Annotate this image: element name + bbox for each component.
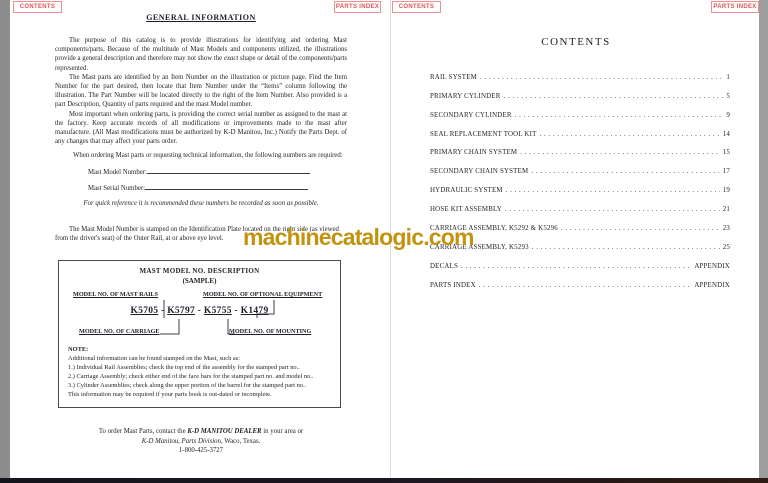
- toc-entry-label: SECONDARY CYLINDER: [430, 112, 512, 119]
- toc-entry-seal-replacement-tool-kit[interactable]: SEAL REPLACEMENT TOOL KIT14: [430, 119, 730, 138]
- toc-entry-page: 1: [726, 74, 730, 81]
- toc-dot-leader: [461, 263, 691, 270]
- toc-dot-leader: [479, 282, 692, 289]
- toc-entry-label: PRIMARY CHAIN SYSTEM: [430, 149, 517, 156]
- toc-entry-page: APPENDIX: [694, 282, 730, 289]
- paragraph-when-ordering: When ordering Mast parts or requesting t…: [73, 152, 343, 159]
- label-optional-equipment: MODEL NO. OF OPTIONAL EQUIPMENT: [203, 291, 322, 298]
- model-number-carriage: K5797: [167, 306, 195, 316]
- toc-dot-leader: [561, 225, 720, 232]
- toc-entry-label: PARTS INDEX: [430, 282, 476, 289]
- watermark-text: machinecatalogic.com: [243, 224, 474, 251]
- note-line: 2.) Carriage Assembly; check either end …: [68, 372, 336, 381]
- mast-serial-number-field: Mast Serial Number:: [88, 183, 308, 192]
- toc-dot-leader: [515, 112, 724, 119]
- mast-serial-number-blank-line: [145, 183, 308, 190]
- footer-phone-number: 1-800-425-3727: [55, 446, 347, 456]
- sample-box-title: MAST MODEL NO. DESCRIPTION: [59, 267, 340, 275]
- toc-entry-page: 15: [723, 149, 730, 156]
- toc-dot-leader: [520, 149, 719, 156]
- toc-dot-leader: [504, 93, 724, 100]
- toc-entry-primary-chain-system[interactable]: PRIMARY CHAIN SYSTEM15: [430, 138, 730, 157]
- toc-dot-leader: [531, 168, 719, 175]
- footer-line1-text: To order Mast Parts, contact the: [99, 428, 187, 435]
- mast-model-number-field: Mast Model Number:: [88, 167, 310, 176]
- paragraph-purpose: The purpose of this catalog is to provid…: [55, 36, 347, 73]
- footer-division-name: K-D Manitou, Parts Division,: [142, 438, 223, 445]
- toc-entry-page: 9: [726, 112, 730, 119]
- toc-entry-page: 19: [723, 187, 730, 194]
- viewer-bottom-bar: [0, 478, 768, 483]
- toc-entry-page: APPENDIX: [694, 263, 730, 270]
- toc-entry-page: 25: [723, 244, 730, 251]
- toc-dot-leader: [480, 74, 723, 81]
- paragraph-serial-number: Most important when ordering parts, is p…: [55, 110, 347, 147]
- model-separator: -: [195, 306, 204, 316]
- toc-entry-secondary-chain-system[interactable]: SECONDARY CHAIN SYSTEM17: [430, 156, 730, 175]
- label-mounting: MODEL NO. OF MOUNTING: [229, 328, 311, 335]
- toc-entry-label: DECALS: [430, 263, 458, 270]
- toc-entry-label: RAIL SYSTEM: [430, 74, 477, 81]
- toc-entry-label: SEAL REPLACEMENT TOOL KIT: [430, 131, 537, 138]
- toc-entry-label: HYDRAULIC SYSTEM: [430, 187, 503, 194]
- quick-reference-note: For quick reference it is recommended th…: [55, 200, 347, 207]
- toc-entry-hydraulic-system[interactable]: HYDRAULIC SYSTEM19: [430, 175, 730, 194]
- contents-nav-button-left-page[interactable]: CONTENTS: [13, 1, 62, 13]
- footer-dealer-name: K-D MANITOU DEALER: [187, 428, 261, 435]
- note-line: 1.) Individual Rail Assemblies; check th…: [68, 363, 336, 372]
- label-carriage: MODEL NO. OF CARRIAGE: [79, 328, 160, 335]
- contents-page-title: CONTENTS: [420, 36, 732, 48]
- note-line: Additional information can be found stam…: [68, 354, 336, 363]
- parts-index-nav-button-left-page[interactable]: PARTS INDEX: [334, 1, 381, 13]
- paragraph-item-number: The Mast parts are identified by an Item…: [55, 73, 347, 110]
- toc-entry-page: 21: [723, 206, 730, 213]
- toc-entry-decals[interactable]: DECALSAPPENDIX: [430, 251, 730, 270]
- sample-box-note: NOTE: Additional information can be foun…: [68, 345, 336, 399]
- mast-model-description-box: MAST MODEL NO. DESCRIPTION (SAMPLE) MODE…: [58, 260, 341, 408]
- toc-dot-leader: [506, 187, 720, 194]
- toc-entry-carriage-assembly-k5293[interactable]: CARRIAGE ASSEMBLY, K529325: [430, 232, 730, 251]
- general-information-title: GENERAL INFORMATION: [55, 13, 347, 22]
- label-mast-rails: MODEL NO. OF MAST RAILS: [73, 291, 158, 298]
- toc-entry-primary-cylinder[interactable]: PRIMARY CYLINDER5: [430, 81, 730, 100]
- footer-line1-end: in your area or: [262, 428, 304, 435]
- note-line: This information may be required if your…: [68, 390, 336, 399]
- footer-line-2: K-D Manitou, Parts Division, Waco, Texas…: [55, 437, 347, 447]
- toc-entry-label: HOSE KIT ASSEMBLY: [430, 206, 502, 213]
- mast-serial-number-label: Mast Serial Number:: [88, 185, 145, 192]
- model-number-optional: K1479: [241, 306, 269, 316]
- toc-entry-page: 14: [723, 131, 730, 138]
- toc-entry-page: 5: [726, 93, 730, 100]
- toc-dot-leader: [540, 131, 720, 138]
- table-of-contents: RAIL SYSTEM1 PRIMARY CYLINDER5 SECONDARY…: [430, 62, 730, 289]
- model-number-rails: K5705: [130, 306, 158, 316]
- toc-dot-leader: [505, 206, 720, 213]
- paragraph-purpose-emphasis: exact: [224, 55, 238, 62]
- sample-model-number-string: K5705 - K5797 - K5755 - K1479: [59, 306, 340, 316]
- mast-model-number-label: Mast Model Number:: [88, 169, 147, 176]
- footer-line2-end: Waco, Texas.: [223, 438, 261, 445]
- general-information-body: The purpose of this catalog is to provid…: [55, 36, 347, 146]
- footer-line-1: To order Mast Parts, contact the K-D MAN…: [55, 427, 347, 437]
- toc-entry-secondary-cylinder[interactable]: SECONDARY CYLINDER9: [430, 100, 730, 119]
- toc-entry-page: 23: [723, 225, 730, 232]
- toc-entry-carriage-assembly-k5292-k5296[interactable]: CARRIAGE ASSEMBLY, K5292 & K529623: [430, 213, 730, 232]
- note-heading: NOTE:: [68, 345, 336, 354]
- toc-entry-hose-kit-assembly[interactable]: HOSE KIT ASSEMBLY21: [430, 194, 730, 213]
- order-contact-footer: To order Mast Parts, contact the K-D MAN…: [55, 427, 347, 456]
- toc-entry-page: 17: [723, 168, 730, 175]
- contents-nav-button-right-page[interactable]: CONTENTS: [392, 1, 441, 13]
- model-separator: -: [158, 306, 167, 316]
- toc-entry-label: PRIMARY CYLINDER: [430, 93, 501, 100]
- toc-entry-rail-system[interactable]: RAIL SYSTEM1: [430, 62, 730, 81]
- toc-entry-label: SECONDARY CHAIN SYSTEM: [430, 168, 528, 175]
- viewer-right-gutter: [759, 0, 768, 478]
- parts-index-nav-button-right-page[interactable]: PARTS INDEX: [711, 1, 759, 13]
- viewer-left-gutter: [0, 0, 10, 483]
- model-number-mounting: K5755: [204, 306, 232, 316]
- mast-model-number-blank-line: [147, 167, 310, 174]
- note-line: 3.) Cylinder Assemblies; check along the…: [68, 381, 336, 390]
- toc-entry-parts-index[interactable]: PARTS INDEXAPPENDIX: [430, 270, 730, 289]
- model-separator: -: [232, 306, 241, 316]
- toc-dot-leader: [532, 244, 720, 251]
- sample-box-subtitle: (SAMPLE): [59, 277, 340, 285]
